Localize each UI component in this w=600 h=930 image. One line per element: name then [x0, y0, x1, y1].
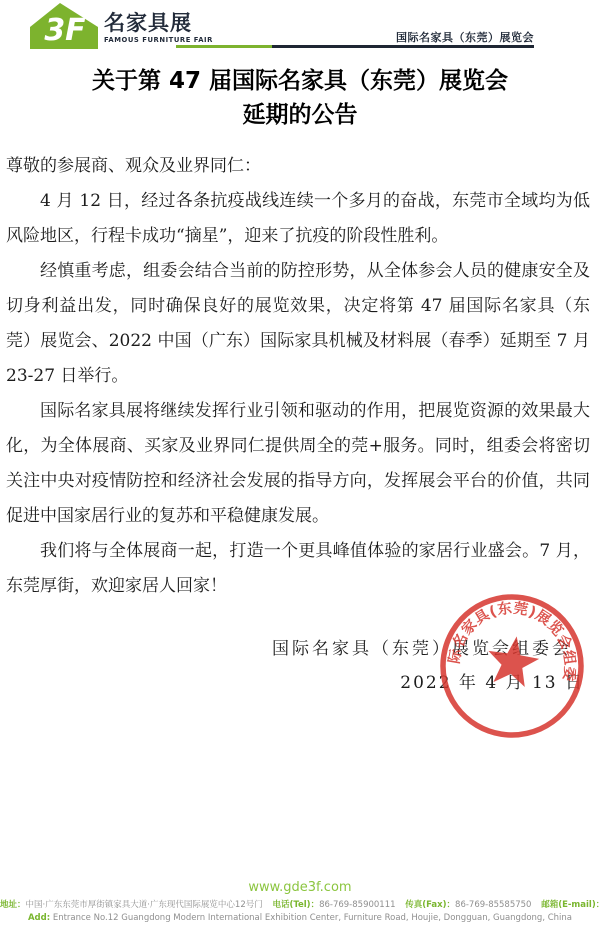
greeting-line: 尊敬的参展商、观众及业界同仁： [6, 149, 590, 184]
house-logo-icon: 3F [30, 3, 98, 49]
tel-label: 电话(Tel)： [272, 900, 319, 910]
paragraph: 4 月 12 日，经过各条抗疫战线连续一个多月的奋战，东莞市全域均为低风险地区，… [6, 184, 590, 254]
signature-organization: 国际名家具（东莞）展览会组委会 [0, 634, 600, 659]
address-label: 地址： [0, 900, 26, 910]
tel-value: 86-769-85900111 [319, 900, 395, 910]
website-url: www.gde3f.com [0, 880, 600, 895]
address-english-line: Add: Entrance No.12 Guangdong Modern Int… [0, 912, 600, 925]
fax-value: 86-769-85585750 [455, 900, 531, 910]
divider-navy-segment [272, 45, 534, 48]
email-label: 邮箱(E-mail)： [541, 900, 600, 910]
document-body: 尊敬的参展商、观众及业界同仁： 4 月 12 日，经过各条抗疫战线连续一个多月的… [0, 149, 600, 604]
contact-info-line: 地址：中国·广东东莞市厚街镇家具大道·广东现代国际展览中心12号门 电话(Tel… [0, 899, 600, 912]
signature-block: 国际名家具（东莞）展览会组委会 2022 年 4 月 13 日 [0, 634, 600, 693]
document-title-line1: 关于第 47 届国际名家具（东莞）展览会 [0, 64, 600, 98]
address-en-value: Entrance No.12 Guangdong Modern Internat… [53, 913, 572, 923]
announcement-document: 3F 名家具展 FAMOUS FURNITURE FAIR 国际名家具（东莞）展… [0, 0, 600, 930]
address-en-label: Add: [28, 913, 50, 923]
document-title-line2: 延期的公告 [0, 98, 600, 132]
address-value: 中国·广东东莞市厚街镇家具大道·广东现代国际展览中心12号门 [26, 900, 263, 910]
header-fair-title: 国际名家具（东莞）展览会 [396, 29, 534, 45]
signature-date: 2022 年 4 月 13 日 [0, 668, 600, 693]
paragraph: 经慎重考虑，组委会结合当前的防控形势，从全体参会人员的健康安全及切身利益出发，同… [6, 254, 590, 394]
paragraph: 国际名家具展将继续发挥行业引领和驱动的作用，把展览资源的效果最大化，为全体展商、… [6, 394, 590, 534]
divider-green-segment [176, 45, 272, 48]
brand-name: 名家具展 [104, 13, 213, 34]
paragraph: 我们将与全体展商一起，打造一个更具峰值体验的家居行业盛会。7 月，东莞厚街，欢迎… [6, 534, 590, 604]
fax-label: 传真(Fax)： [405, 900, 455, 910]
footer: www.gde3f.com 地址：中国·广东东莞市厚街镇家具大道·广东现代国际展… [0, 880, 600, 925]
brand-text: 名家具展 FAMOUS FURNITURE FAIR [104, 13, 213, 44]
logo-mark: 3F [44, 13, 86, 48]
brand-name-en: FAMOUS FURNITURE FAIR [104, 37, 213, 44]
document-title: 关于第 47 届国际名家具（东莞）展览会 延期的公告 [0, 64, 600, 132]
header: 3F 名家具展 FAMOUS FURNITURE FAIR 国际名家具（东莞）展… [0, 0, 600, 52]
header-divider [176, 45, 534, 48]
